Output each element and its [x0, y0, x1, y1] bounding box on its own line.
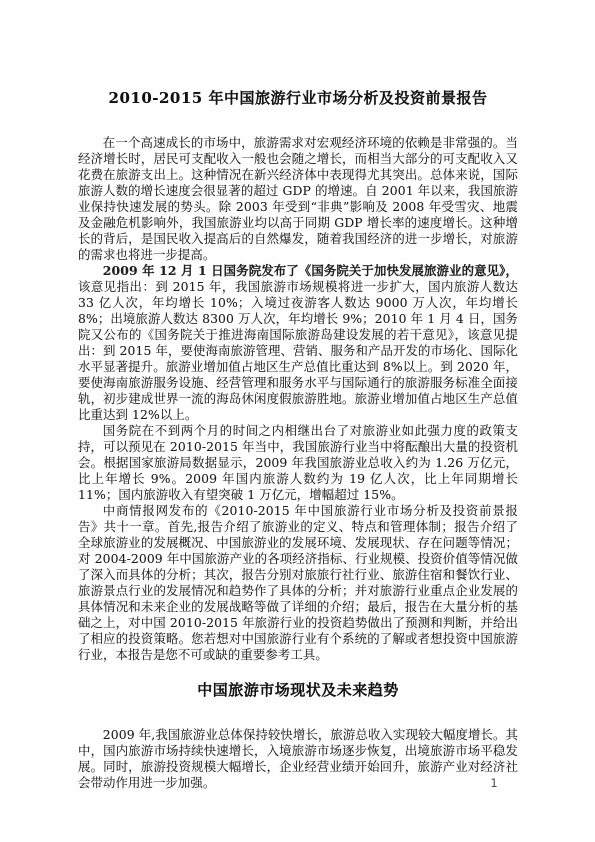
report-title: 2010-2015 年中国旅游行业市场分析及投资前景报告	[78, 88, 518, 108]
paragraph-rest-text: 该意见指出：到 2015 年，我国旅游市场规模将进一步扩大，国内旅游人数达 33…	[78, 279, 518, 422]
paragraph-policy-support: 国务院在不到两个月的时间之内相继出台了对旅游业如此强力度的政策支持，可以预见在 …	[78, 423, 518, 503]
paragraph-report-overview: 中商情报网发布的《2010-2015 年中国旅游行业市场分析及投资前景报告》共十…	[78, 503, 518, 663]
paragraph-state-council-opinions: 2009 年 12 月 1 日国务院发布了《国务院关于加快发展旅游业的意见》，该…	[78, 263, 518, 423]
section-heading-market-status: 中国旅游市场现状及未来趋势	[78, 680, 518, 700]
page-content: 2010-2015 年中国旅游行业市场分析及投资前景报告 在一个高速成长的市场中…	[78, 88, 518, 791]
paragraph-2009-summary: 2009 年,我国旅游业总体保持较快增长，旅游总收入实现较大幅度增长。其中，国内…	[78, 727, 518, 791]
paragraph-market-growth: 在一个高速成长的市场中，旅游需求对宏观经济环境的依赖是非常强的。当经济增长时，居…	[78, 135, 518, 263]
report-page: 2010-2015 年中国旅游行业市场分析及投资前景报告 在一个高速成长的市场中…	[0, 0, 595, 842]
paragraph-bold-lead: 2009 年 12 月 1 日国务院发布了《国务院关于加快发展旅游业的意见》，	[103, 263, 518, 278]
page-number: 1	[487, 776, 501, 790]
